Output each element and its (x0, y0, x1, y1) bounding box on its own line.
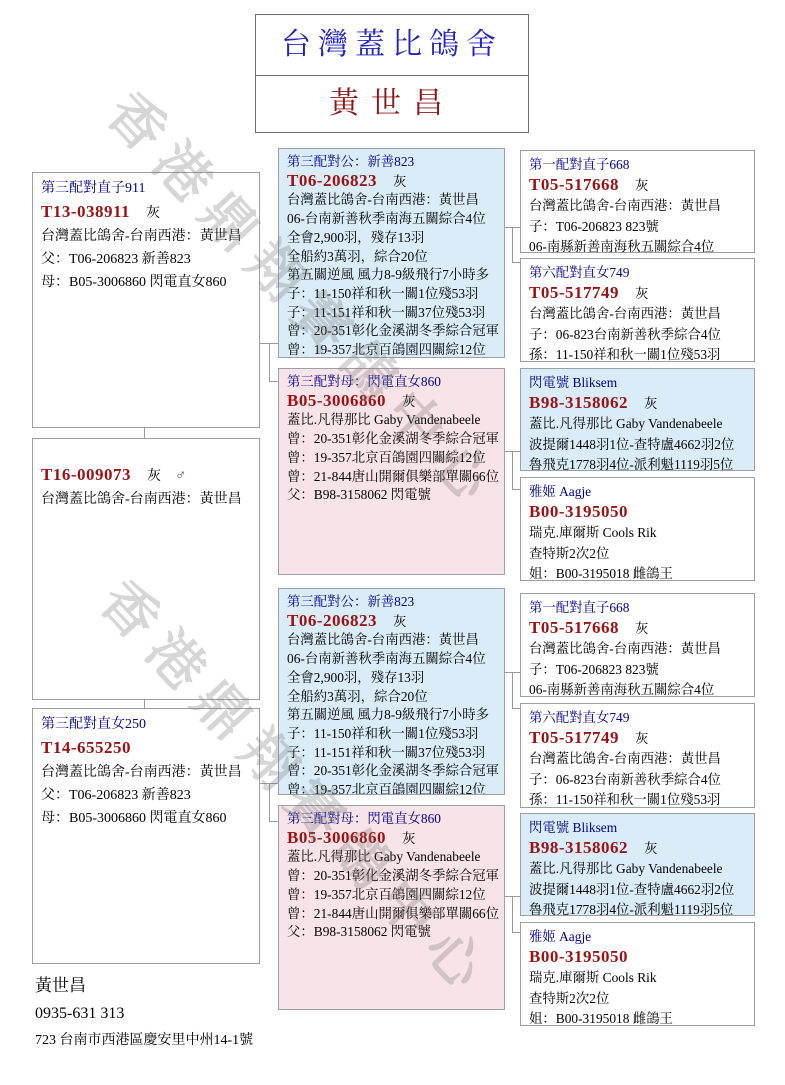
connector-line (512, 227, 513, 263)
pedigree-line: 第三配對公：新善823 (287, 593, 496, 612)
connector-line (512, 708, 520, 709)
pedigree-line: 曾：19-357北京百鴿園四關綜12位 (287, 886, 496, 905)
pedigree-line: 雅姬 Aagje (529, 927, 746, 947)
contact-phone: 0935-631 313 (35, 1000, 253, 1028)
pedigree-line: T06-206823灰 (287, 612, 496, 632)
pedigree-line: B00-3195050 (529, 502, 746, 523)
box-T05-517749: 第六配對直女749T05-517749灰台灣蓋比鴿舍-台南西港：黃世昌子：06-… (520, 703, 755, 808)
pedigree-line: 台灣蓋比鴿舍-台南西港：黃世昌 (41, 488, 251, 511)
loft-name: 台灣蓋比鴿舍 (256, 15, 528, 76)
contact-address: 723 台南市西港區慶安里中州14-1號 (35, 1028, 253, 1054)
connector-line (144, 700, 145, 708)
owner-name: 黃世昌 (256, 76, 528, 132)
pedigree-line: 台灣蓋比鴿舍-台南西港：黃世昌 (529, 304, 746, 324)
contact-block: 黃世昌 0935-631 313 723 台南市西港區慶安里中州14-1號 (35, 972, 253, 1054)
pedigree-line: 波提爾1448羽1位-查特盧4662羽2位 (529, 880, 746, 900)
connector-line (269, 343, 270, 382)
pedigree-line: 06-南縣新善南海秋五關綜合4位 (529, 680, 746, 697)
pedigree-line: 第一配對直子668 (529, 155, 746, 175)
pedigree-line: 全船約3萬羽，綜合20位 (287, 688, 496, 707)
pedigree-line: 第六配對直女749 (529, 263, 746, 283)
pedigree-line: 母：B05-3006860 閃電直女860 (41, 807, 251, 830)
pedigree-line: 第一配對直子668 (529, 598, 746, 618)
pedigree-line: 母：B05-3006860 閃電直女860 (41, 271, 251, 294)
pedigree-line: 孫：11-150祥和秋一關1位殘53羽 (529, 790, 746, 808)
pedigree-line: 第三配對直子911 (41, 177, 251, 200)
pedigree-line: 雅姬 Aagje (529, 482, 746, 502)
pedigree-line: 台灣蓋比鴿舍-台南西港：黃世昌 (529, 749, 746, 769)
connector-line (512, 489, 520, 490)
pedigree-line: 曾：20-351彰化金溪湖冬季綜合冠軍 (287, 322, 496, 341)
pedigree-line: 父：B98-3158062 閃電號 (287, 486, 496, 505)
pedigree-line: 父：T06-206823 新善823 (41, 784, 251, 807)
pedigree-line: 第五關逆風 風力8-9級飛行7小時多 (287, 706, 496, 725)
pedigree-line: 子：11-151祥和秋一關37位殘53羽 (287, 744, 496, 763)
box-B00-3195050: 雅姬 AagjeB00-3195050瑞克.庫爾斯 Cools Rik查特斯2次… (520, 922, 755, 1026)
box-T05-517668: 第一配對直子668T05-517668灰台灣蓋比鴿舍-台南西港：黃世昌子：T06… (520, 150, 755, 253)
box-B98-3158062: 閃電號 BliksemB98-3158062灰蓋比.凡得那比 Gaby Vand… (520, 813, 755, 916)
pedigree-line: 瑞克.庫爾斯 Cools Rik (529, 523, 746, 543)
box-B98-3158062: 閃電號 BliksemB98-3158062灰蓋比.凡得那比 Gaby Vand… (520, 368, 755, 471)
connector-line (269, 381, 278, 382)
pedigree-line: 子：11-151祥和秋一關37位殘53羽 (287, 304, 496, 323)
pedigree-line: 台灣蓋比鴿舍-台南西港：黃世昌 (529, 639, 746, 659)
pedigree-line: T06-206823灰 (287, 172, 496, 192)
pedigree-line: 子：T06-206823 823號 (529, 217, 746, 237)
pedigree-line: 曾：19-357北京百鴿園四關綜12位 (287, 449, 496, 468)
pedigree-line: 全會2,900羽，殘存13羽 (287, 229, 496, 248)
pedigree-line: 查特斯2次2位 (529, 989, 746, 1009)
pedigree-line: T14-655250 (41, 736, 251, 761)
pedigree-line: 蓋比.凡得那比 Gaby Vandenabeele (529, 859, 746, 879)
pedigree-line: 台灣蓋比鴿舍-台南西港：黃世昌 (41, 225, 251, 248)
pedigree-line: 曾：20-351彰化金溪湖冬季綜合冠軍 (287, 430, 496, 449)
box-T13-038911: 第三配對直子911T13-038911灰台灣蓋比鴿舍-台南西港：黃世昌父：T06… (32, 172, 260, 428)
pedigree-line: B00-3195050 (529, 947, 746, 968)
pedigree-line: T05-517749灰 (529, 283, 746, 304)
pedigree-line: 姐：B00-3195018 雌鴿王 (529, 564, 746, 581)
pedigree-line: 第三配對母：閃電直女860 (287, 373, 496, 392)
connector-line (269, 783, 270, 822)
pedigree-line: 曾：21-844唐山開爾俱樂部單關66位 (287, 905, 496, 924)
pedigree-line: T05-517668灰 (529, 618, 746, 639)
pedigree-line: B98-3158062灰 (529, 393, 746, 414)
pedigree-line: 瑞克.庫爾斯 Cools Rik (529, 968, 746, 988)
pedigree-line: 06-台南新善秋季南海五關綜合4位 (287, 650, 496, 669)
pedigree-line: T13-038911灰 (41, 200, 251, 225)
pedigree-line: 全會2,900羽，殘存13羽 (287, 669, 496, 688)
pedigree-line: 閃電號 Bliksem (529, 818, 746, 838)
pedigree-line: T05-517668灰 (529, 175, 746, 196)
pedigree-line: T16-009073灰♂ (41, 463, 251, 488)
pedigree-line: 蓋比.凡得那比 Gaby Vandenabeele (529, 414, 746, 434)
pedigree-line: 曾：21-844唐山開爾俱樂部單關66位 (287, 468, 496, 487)
pedigree-line: 父：T06-206823 新善823 (41, 248, 251, 271)
connector-line (269, 821, 278, 822)
pedigree-line: 台灣蓋比鴿舍-台南西港：黃世昌 (287, 191, 496, 210)
pedigree-line: 第三配對公：新善823 (287, 153, 496, 172)
contact-name: 黃世昌 (35, 972, 253, 1000)
pedigree-line: 第六配對直女749 (529, 708, 746, 728)
connector-line (512, 451, 513, 490)
pedigree-line: 第五關逆風 風力8-9級飛行7小時多 (287, 266, 496, 285)
connector-line (512, 672, 513, 709)
pedigree-line: 波提爾1448羽1位-查特盧4662羽2位 (529, 435, 746, 455)
box-T14-655250: 第三配對直女250T14-655250台灣蓋比鴿舍-台南西港：黃世昌父：T06-… (32, 708, 260, 964)
box-T06-206823-sire: 第三配對公：新善823T06-206823灰台灣蓋比鴿舍-台南西港：黃世昌06-… (278, 588, 505, 795)
title-box: 台灣蓋比鴿舍 黃世昌 (255, 14, 529, 133)
pedigree-line: 全船約3萬羽，綜合20位 (287, 248, 496, 267)
box-B05-3006860-dam: 第三配對母：閃電直女860B05-3006860灰蓋比.凡得那比 Gaby Va… (278, 368, 505, 575)
pedigree-line: 子：T06-206823 823號 (529, 660, 746, 680)
pedigree-line: 魯飛克1778羽4位-派利魁1119羽5位 (529, 900, 746, 916)
pedigree-line: 曾：20-351彰化金溪湖冬季綜合冠軍 (287, 762, 496, 781)
pedigree-line: 子：06-823台南新善秋季綜合4位 (529, 325, 746, 345)
connector-line (512, 932, 520, 933)
pedigree-line: 曾：20-351彰化金溪湖冬季綜合冠軍 (287, 867, 496, 886)
pedigree-line: 台灣蓋比鴿舍-台南西港：黃世昌 (529, 196, 746, 216)
pedigree-page: 香港鼎翔賽鴿中心 香港鼎翔賽鴿中心 台灣蓋比鴿舍 黃世昌 第三配對直子911T1… (0, 0, 785, 1085)
pedigree-line: 06-南縣新善南海秋五關綜合4位 (529, 237, 746, 253)
pedigree-line: B98-3158062灰 (529, 838, 746, 859)
pedigree-line: 蓋比.凡得那比 Gaby Vandenabeele (287, 848, 496, 867)
pedigree-line: 姐：B00-3195018 雌鴿王 (529, 1009, 746, 1026)
pedigree-line: 子：11-150祥和秋一關1位殘53羽 (287, 285, 496, 304)
pedigree-line: B05-3006860灰 (287, 392, 496, 412)
connector-line (512, 896, 513, 933)
pedigree-line: 子：11-150祥和秋一關1位殘53羽 (287, 725, 496, 744)
box-B00-3195050: 雅姬 AagjeB00-3195050瑞克.庫爾斯 Cools Rik查特斯2次… (520, 477, 755, 581)
box-T16-009073: T16-009073灰♂台灣蓋比鴿舍-台南西港：黃世昌 (32, 438, 260, 700)
pedigree-line: 06-台南新善秋季南海五關綜合4位 (287, 210, 496, 229)
pedigree-line: 蓋比.凡得那比 Gaby Vandenabeele (287, 411, 496, 430)
box-T06-206823-sire: 第三配對公：新善823T06-206823灰台灣蓋比鴿舍-台南西港：黃世昌06-… (278, 148, 505, 358)
pedigree-line: 第三配對母：閃電直女860 (287, 810, 496, 829)
connector-line (144, 428, 145, 438)
pedigree-line: 魯飛克1778羽4位-派利魁1119羽5位 (529, 455, 746, 471)
pedigree-line: 查特斯2次2位 (529, 544, 746, 564)
pedigree-line: 台灣蓋比鴿舍-台南西港：黃世昌 (41, 761, 251, 784)
connector-line (512, 262, 520, 263)
box-T05-517749: 第六配對直女749T05-517749灰台灣蓋比鴿舍-台南西港：黃世昌子：06-… (520, 258, 755, 362)
pedigree-line: 父：B98-3158062 閃電號 (287, 923, 496, 942)
pedigree-line: 孫：11-150祥和秋一關1位殘53羽 (529, 345, 746, 362)
pedigree-line: 子：06-823台南新善秋季綜合4位 (529, 770, 746, 790)
pedigree-line: T05-517749灰 (529, 728, 746, 749)
box-B05-3006860-dam: 第三配對母：閃電直女860B05-3006860灰蓋比.凡得那比 Gaby Va… (278, 805, 505, 1010)
pedigree-line: 第三配對直女250 (41, 713, 251, 736)
box-T05-517668: 第一配對直子668T05-517668灰台灣蓋比鴿舍-台南西港：黃世昌子：T06… (520, 593, 755, 697)
pedigree-line: 閃電號 Bliksem (529, 373, 746, 393)
pedigree-line: B05-3006860灰 (287, 829, 496, 849)
pedigree-line: 曾：19-357北京百鴿園四關綜12位 (287, 781, 496, 795)
pedigree-line: 曾：19-357北京百鴿園四關綜12位 (287, 341, 496, 358)
pedigree-line: 台灣蓋比鴿舍-台南西港：黃世昌 (287, 631, 496, 650)
